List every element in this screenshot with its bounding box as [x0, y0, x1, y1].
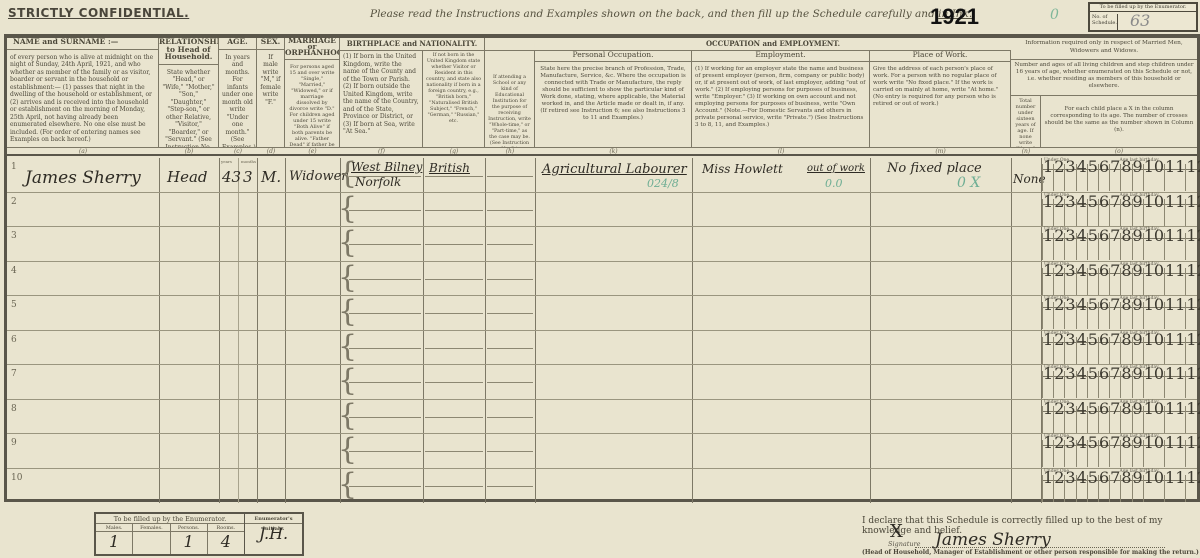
child-age-grid: Under OneAge last birthday.1234567891011…	[1041, 469, 1197, 502]
column-header-name: NAME and SURNAME :— of every person who …	[7, 38, 159, 147]
child-age-grid: Under OneAge last birthday.1234567891011…	[1041, 227, 1197, 260]
column-header-children-total: Total number under sixteen years of age.…	[1011, 96, 1041, 147]
child-age-grid: Under OneAge last birthday.1234567891011…	[1041, 434, 1197, 467]
instructions-text: Please read the Instructions and Example…	[370, 8, 972, 20]
col-letter-c: (c)	[219, 148, 257, 155]
relationship-title: RELATIONSHIP to Head of Household.	[159, 38, 218, 65]
place-code: 0 X	[957, 175, 980, 191]
males-value: 1	[96, 532, 132, 552]
schedule-number: 63	[1130, 11, 1150, 30]
rooms-label: Rooms.	[208, 524, 244, 532]
brace-icon: {	[338, 297, 357, 327]
column-header-children-ages: For each child place a X in the column c…	[1041, 96, 1197, 147]
relationship-instructions: State whether "Head," or "Wife," "Mother…	[162, 69, 214, 148]
census-form-table: NAME and SURNAME :— of every person who …	[4, 34, 1200, 502]
signature-mark: X	[890, 521, 903, 542]
row-number: 4	[11, 266, 17, 276]
personal-occupation-instructions: State here the precise branch of Profess…	[540, 66, 686, 121]
column-header-employment: Employment. (1) If working for an employ…	[692, 51, 870, 147]
initials-value: J.H.	[245, 524, 302, 543]
rooms-value: 4	[208, 532, 244, 552]
brace-icon: {	[338, 366, 357, 396]
table-row: 10{Under OneAge last birthday.1234567891…	[7, 469, 1197, 504]
age-months-label: months	[241, 159, 256, 164]
brace-icon: {	[338, 435, 357, 465]
column-header-marriage: MARRIAGE or ORPHANHOOD. For persons aged…	[285, 38, 340, 147]
column-header-nationality: If not born in the United Kingdom state …	[423, 51, 485, 147]
row-number: 6	[11, 335, 17, 345]
sex-value[interactable]: M.	[261, 168, 281, 186]
column-header-place-of-work: Place of Work. Give the address of each …	[870, 51, 1011, 147]
males-cell[interactable]: Males.1	[96, 524, 133, 554]
table-row: 2{Under OneAge last birthday.12345678910…	[7, 193, 1197, 228]
employment-title: Employment.	[692, 51, 869, 62]
occupation-code: 024/8	[647, 177, 679, 190]
brace-icon: {	[338, 194, 357, 224]
birthplace-town[interactable]: West Bilney	[351, 160, 422, 174]
nationality-value[interactable]: British	[429, 161, 470, 175]
child-age-grid: Under OneAge last birthday.1234567891011…	[1041, 331, 1197, 364]
table-row: 8{Under OneAge last birthday.12345678910…	[7, 400, 1197, 435]
col-letter-m: (m)	[870, 148, 1011, 155]
males-label: Males.	[96, 524, 132, 532]
col-letter-k: (k)	[535, 148, 692, 155]
brace-icon: {	[338, 332, 357, 362]
row-number: 5	[11, 300, 17, 310]
col-letter-l: (l)	[692, 148, 870, 155]
brace-icon: {	[338, 401, 357, 431]
column-header-sex: SEX. If male write "M," if female write …	[257, 38, 285, 147]
place-of-work-instructions: Give the address of each person's place …	[873, 66, 998, 107]
occupation-value[interactable]: Agricultural Labourer	[542, 162, 687, 177]
age-instructions: In years and months. For infants under o…	[222, 54, 256, 148]
brace-icon: {	[338, 470, 357, 500]
marriage-instructions: For persons aged 15 and over write "Sing…	[289, 64, 334, 147]
age-years-label: years	[221, 159, 232, 164]
schedule-box-label: No. of Schedule.	[1092, 14, 1118, 30]
confidential-heading: STRICTLY CONFIDENTIAL.	[8, 6, 189, 20]
age-title: AGE.	[219, 38, 256, 50]
child-age-grid: Under OneAge last birthday.1234567891011…	[1041, 296, 1197, 329]
nationality-divider	[425, 176, 483, 177]
table-row: 1 years months James Sherry Head 43 3 M.…	[7, 158, 1197, 193]
table-row: 7{Under OneAge last birthday.12345678910…	[7, 365, 1197, 400]
marriage-title: MARRIAGE or ORPHANHOOD.	[285, 38, 339, 60]
rooms-cell[interactable]: Rooms.4	[208, 524, 244, 554]
females-cell[interactable]: Females.	[133, 524, 170, 554]
child-age-grid: Under OneAge last birthday. 123456789101…	[1041, 158, 1197, 191]
row-number: 2	[11, 197, 17, 207]
schedule-number-box: To be filled up by the Enumerator. No. o…	[1088, 2, 1198, 32]
table-row: 9{Under OneAge last birthday.12345678910…	[7, 434, 1197, 469]
margin-mark: 0	[1050, 7, 1059, 23]
sex-instructions: If male write "M," if female write "F."	[260, 54, 281, 106]
employment-instructions: (1) If working for an employer state the…	[695, 66, 865, 128]
initials-label: Enumerator's Initials.	[245, 514, 302, 524]
employer-value[interactable]: Miss Howlett	[702, 162, 783, 176]
table-row: 5{Under OneAge last birthday.12345678910…	[7, 296, 1197, 331]
column-header-age: AGE. In years and months. For infants un…	[219, 38, 257, 147]
name-title: NAME and SURNAME :—	[7, 38, 158, 50]
enumerator-initials-cell[interactable]: Enumerator's Initials. J.H.	[244, 514, 302, 554]
col-letter-a: (a)	[7, 148, 159, 155]
enumerator-summary-box: To be filled up by the Enumerator. Males…	[94, 512, 304, 556]
persons-cell[interactable]: Persons.1	[171, 524, 208, 554]
column-letter-row: (a) (b) (c) (d) (e) (f) (g) (h) (k) (l) …	[7, 147, 1197, 156]
persons-label: Persons.	[171, 524, 207, 532]
child-age-grid: Under OneAge last birthday.1234567891011…	[1041, 262, 1197, 295]
table-row: 4{Under OneAge last birthday.12345678910…	[7, 262, 1197, 297]
enumerator-box-title: To be filled up by the Enumerator.	[96, 514, 244, 524]
col-letter-d: (d)	[257, 148, 285, 155]
birthplace-county[interactable]: Norfolk	[355, 175, 401, 189]
census-rows: 1 years months James Sherry Head 43 3 M.…	[7, 158, 1197, 503]
place-of-work-value[interactable]: No fixed place	[887, 161, 982, 176]
child-age-grid: Under OneAge last birthday.1234567891011…	[1041, 400, 1197, 433]
education-divider	[487, 176, 533, 177]
column-header-education: If attending a School or any kind of Edu…	[485, 51, 535, 147]
column-header-birthplace: (1) If born in the United Kingdom, write…	[340, 51, 423, 147]
row-number: 3	[11, 231, 17, 241]
employment-status-value[interactable]: out of work	[807, 163, 865, 174]
sex-title: SEX.	[257, 38, 284, 50]
occupation-group-title: OCCUPATION and EMPLOYMENT.	[706, 39, 840, 48]
child-age-grid: Under OneAge last birthday.1234567891011…	[1041, 193, 1197, 226]
col-letter-n: (n)	[1011, 148, 1041, 155]
col-letter-h: (h)	[485, 148, 535, 155]
col-letter-e: (e)	[285, 148, 340, 155]
row-number: 8	[11, 404, 17, 414]
column-header-personal-occupation: Personal Occupation. State here the prec…	[535, 51, 692, 147]
signature-note: (Head of Household, Manager of Establish…	[862, 549, 1199, 556]
child-age-grid: Under OneAge last birthday.1234567891011…	[1041, 365, 1197, 398]
employment-code: 0.0	[825, 177, 843, 190]
col-letter-b: (b)	[159, 148, 219, 155]
signature-field[interactable]: James Sherry	[935, 530, 1051, 550]
relationship-value[interactable]: Head	[167, 168, 208, 186]
instructions-main: Please read the Instructions and Example…	[370, 8, 935, 20]
age-months-value[interactable]: 3	[243, 168, 253, 186]
col-letter-f: (f)	[340, 148, 423, 155]
age-columns: 123456789101112131415	[1042, 164, 1197, 191]
column-header-birthplace-group: BIRTHPLACE and NATIONALITY.	[340, 38, 485, 51]
column-header-relationship: RELATIONSHIP to Head of Household. State…	[159, 38, 219, 147]
column-header-children-group: Information required only in respect of …	[1011, 38, 1197, 60]
persons-value: 1	[171, 532, 207, 552]
row-number: 1	[11, 162, 17, 172]
col-letter-g: (g)	[423, 148, 485, 155]
table-row: 6{Under OneAge last birthday.12345678910…	[7, 331, 1197, 366]
row-number: 10	[11, 473, 22, 483]
personal-occupation-title: Personal Occupation.	[535, 51, 691, 62]
col-letter-o: (o)	[1041, 148, 1197, 155]
brace-icon: {	[338, 228, 357, 258]
age-years-value[interactable]: 43	[222, 168, 241, 186]
brace-icon: {	[338, 263, 357, 293]
place-of-work-title: Place of Work.	[870, 51, 1010, 62]
column-header-occupation-group: OCCUPATION and EMPLOYMENT.	[485, 38, 1011, 51]
name-instructions: of every person who is alive at midnight…	[10, 54, 153, 144]
person-name[interactable]: James Sherry	[25, 168, 141, 188]
table-row: 3{Under OneAge last birthday.12345678910…	[7, 227, 1197, 262]
column-header-children-subtitle: Number and ages of all living children a…	[1011, 60, 1197, 96]
row-number: 9	[11, 438, 17, 448]
females-label: Females.	[133, 524, 169, 532]
row-number: 7	[11, 369, 17, 379]
census-year: 1921	[930, 4, 979, 30]
